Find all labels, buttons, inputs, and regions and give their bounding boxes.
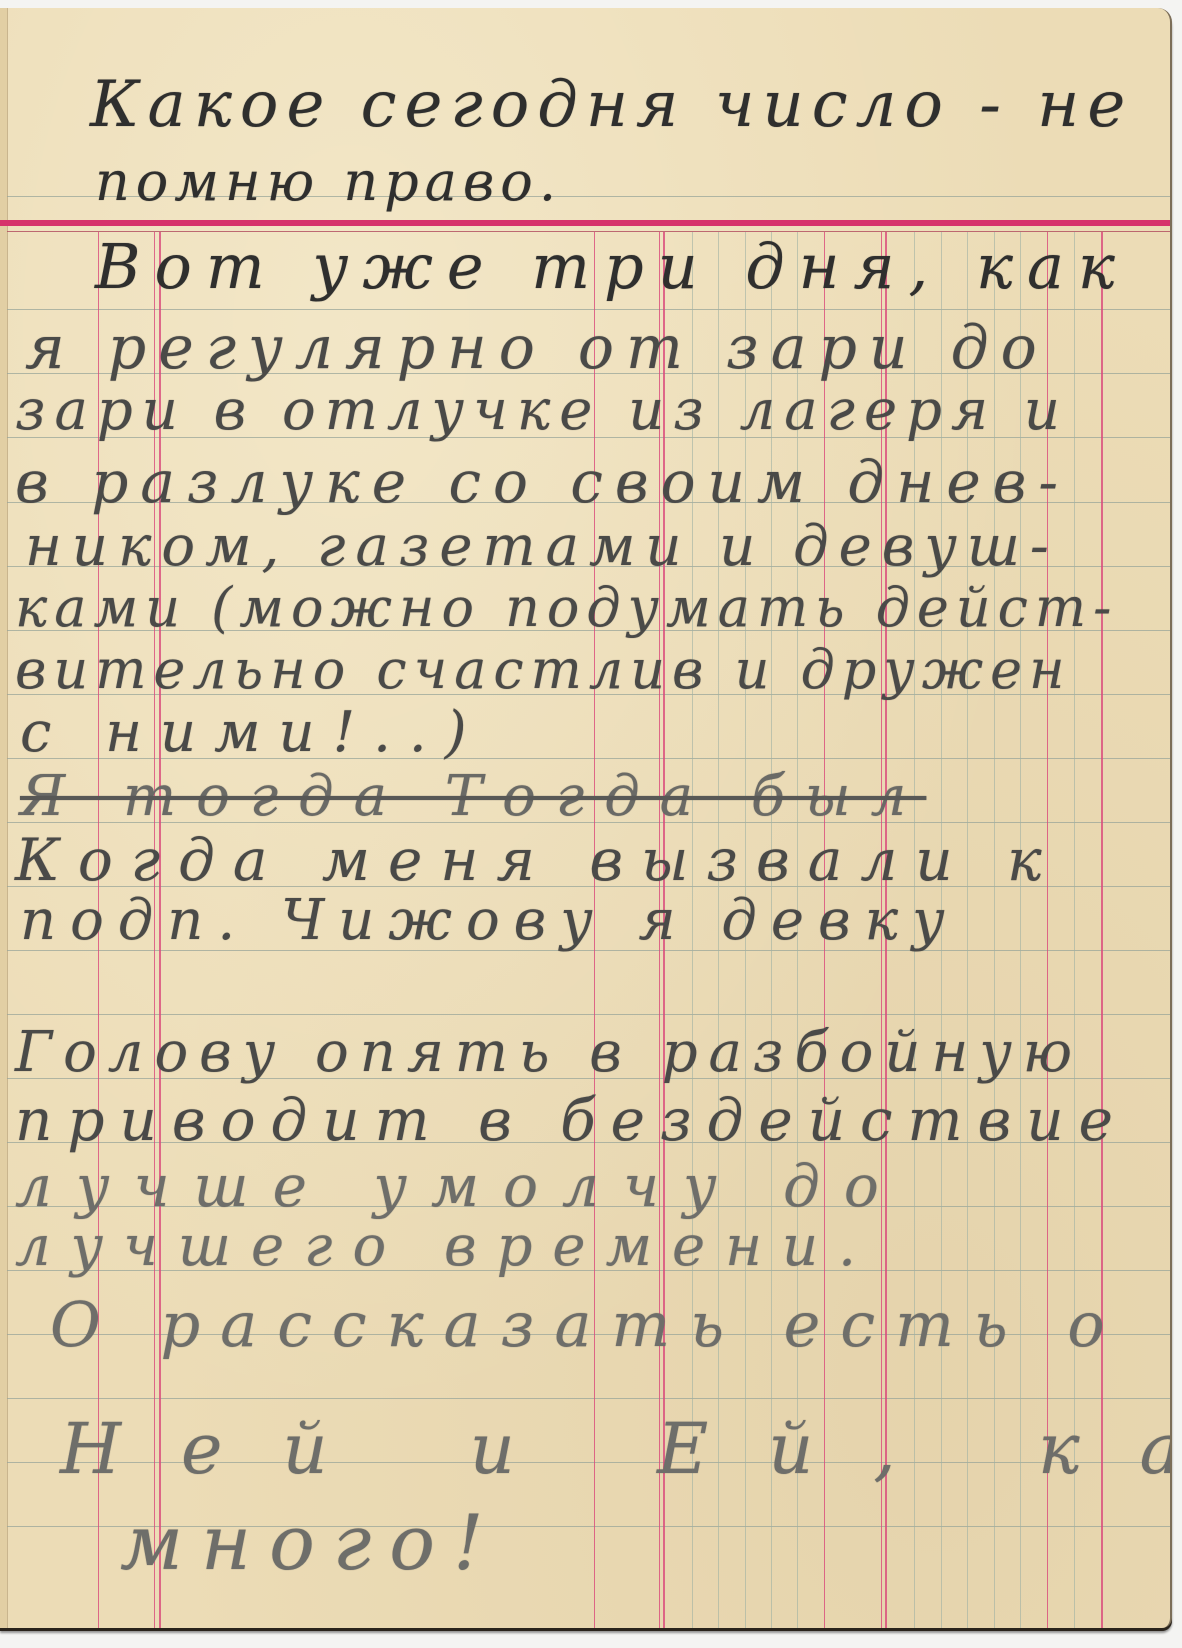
handwritten-line: приводит в бездействие <box>15 1086 1128 1154</box>
handwritten-line: подп. Чижову я девку <box>20 888 959 953</box>
handwritten-heading-line: Какое сегодня число - не <box>90 68 1133 142</box>
rule-line <box>7 1398 1170 1399</box>
handwritten-line: лучше умолчу до <box>15 1152 903 1220</box>
notebook-page: Какое сегодня число - не помню право. Во… <box>0 8 1172 1628</box>
handwritten-line: с ними!..) <box>20 700 485 765</box>
handwritten-line: Ней и Ей, как <box>60 1408 1172 1490</box>
page-binding-edge <box>0 8 8 1628</box>
handwritten-line: Вот уже три дня, как <box>95 230 1129 303</box>
handwritten-line: О рассказать есть о <box>50 1288 1125 1361</box>
handwritten-line: много! <box>120 1498 502 1587</box>
handwritten-line: зари в отлучке из лагеря и <box>15 378 1069 443</box>
handwritten-line: вительно счастлив и дружен <box>15 638 1072 701</box>
handwritten-line: ником, газетами и девуш- <box>25 514 1059 579</box>
handwritten-line: в разлуке со своим днев- <box>15 448 1070 516</box>
header-red-rule <box>0 220 1170 226</box>
handwritten-line: лучшего времени. <box>15 1214 876 1279</box>
rule-line <box>7 1014 1170 1015</box>
handwritten-line: Голову опять в разбойную <box>15 1020 1083 1085</box>
handwritten-line: ками (можно подумать дейст- <box>15 576 1118 639</box>
rule-line <box>7 309 1170 310</box>
handwritten-heading-line: помню право. <box>95 150 562 213</box>
handwritten-line: я регулярно от зари до <box>25 313 1049 383</box>
handwritten-line: Когда меня вызвали к <box>15 826 1060 894</box>
struck-through-line: Я тогда Тогда был <box>20 764 926 829</box>
